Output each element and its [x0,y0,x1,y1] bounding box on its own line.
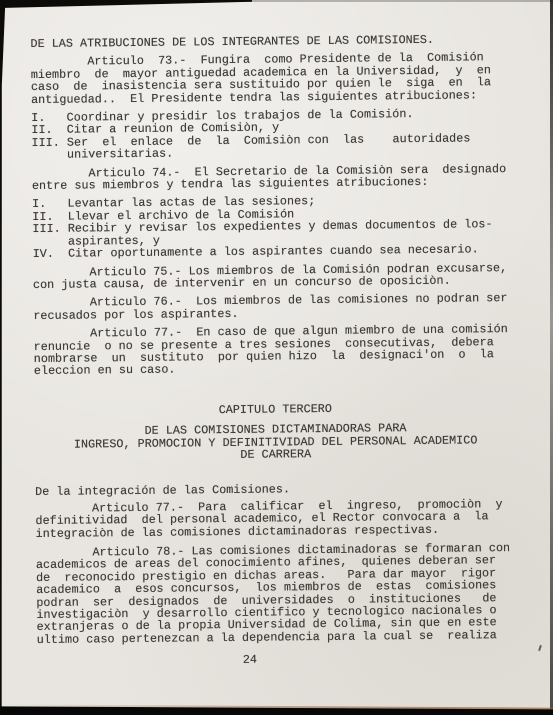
section-heading: DE LAS ATRIBUCIONES DE LOS INTEGRANTES D… [30,33,512,50]
article-78-paragraph: Articulo 78.- Las comisiones dictaminado… [36,542,519,646]
scanned-document-page: DE LAS ATRIBUCIONES DE LOS INTEGRANTES D… [0,0,553,715]
article-73-list: I. Coordinar y presidir los trabajos de … [31,107,513,162]
scan-artifact-left-edge [0,0,6,715]
scan-artifact-top-wedge [0,0,252,8]
article-74-paragraph: Articulo 74.- El Secretario de la Comisi… [32,163,514,193]
chapter-subtitle: DE LAS COMISIONES DICTAMINADORAS PARA IN… [34,421,516,463]
page-number: 24 [37,651,519,668]
article-77-paragraph: Articulo 77.- En caso de que algun miemb… [33,323,515,378]
integration-heading: De la integración de las Comisiones. [35,481,517,498]
article-77-bis-paragraph: Articulo 77.- Para calificar el ingreso,… [35,498,517,540]
article-75-paragraph: Articulo 75.- Los miembros de la Comisió… [33,261,515,291]
document-content: DE LAS ATRIBUCIONES DE LOS INTEGRANTES D… [30,33,519,669]
scan-speck [538,645,542,651]
article-74-list: I. Levantar las actas de las sesiones; I… [32,193,515,260]
article-76-paragraph: Articulo 76.- Los miembros de las comisi… [33,292,515,322]
chapter-title: CAPITULO TERCERO [34,401,516,418]
article-73-paragraph: Articulo 73.- Fungira como Presidente de… [31,51,513,106]
